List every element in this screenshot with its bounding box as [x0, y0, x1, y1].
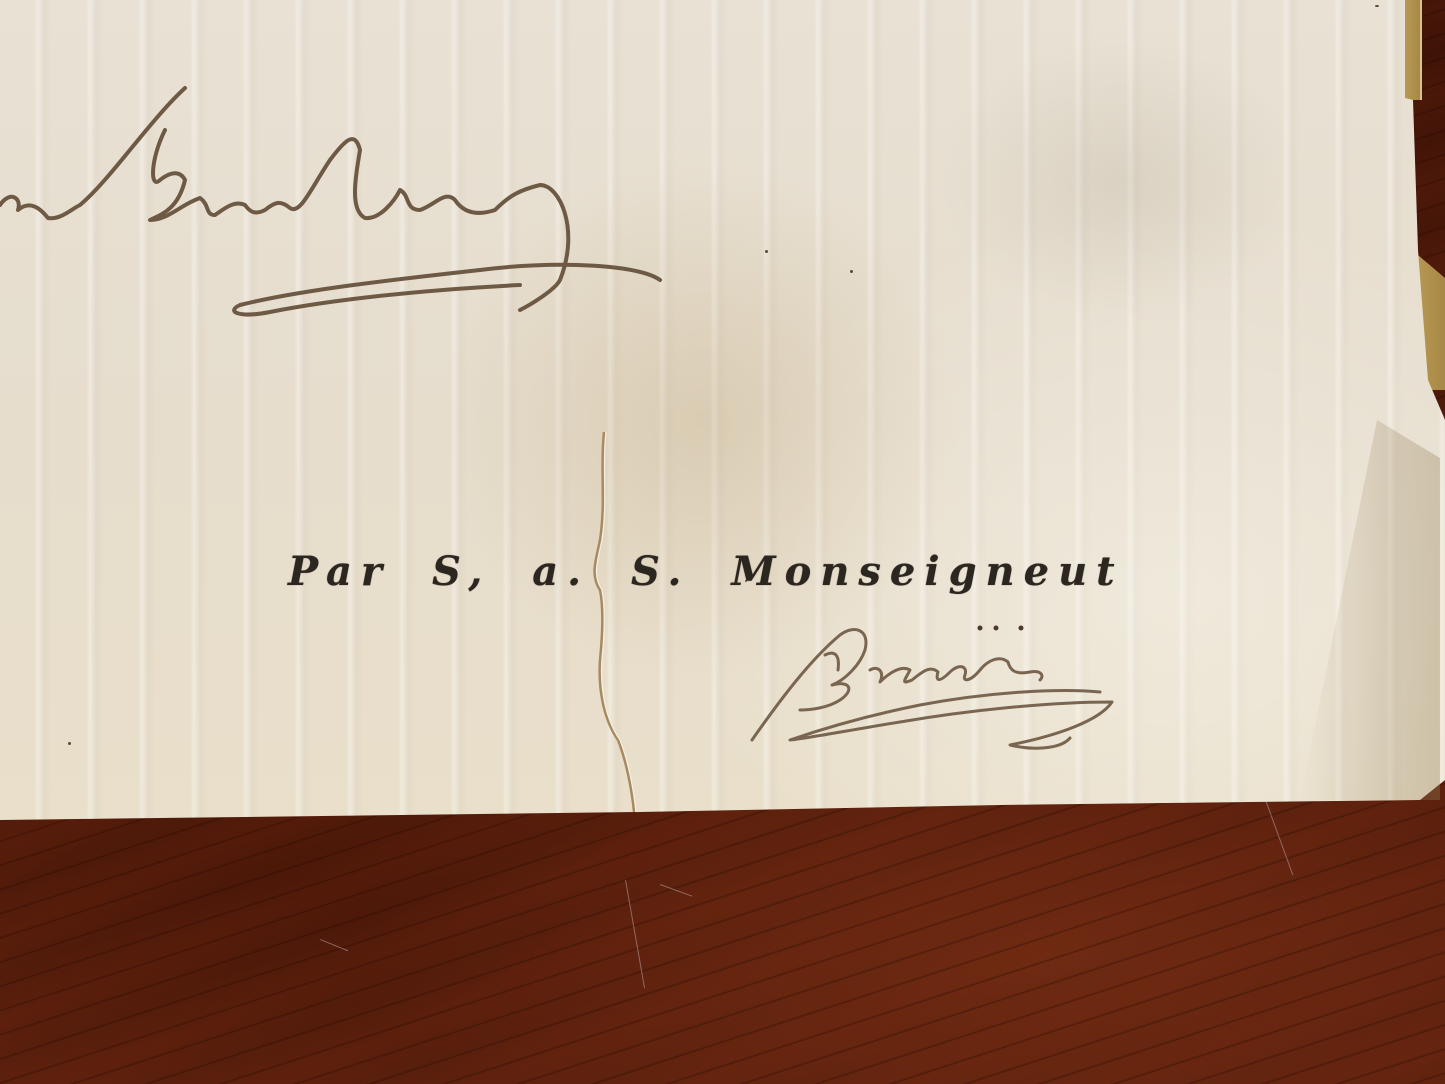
printed-attribution: Par S, a. S. Monseigneut — [288, 548, 1142, 595]
paper-speck — [68, 742, 71, 745]
printed-word: a. — [532, 548, 590, 595]
paper-speck — [745, 580, 747, 582]
printed-word: S, — [432, 548, 491, 595]
printed-word: Par — [288, 548, 391, 595]
photo-scene: Par S, a. S. Monseigneut de Bourbon Brüü… — [0, 0, 1445, 1084]
paper-speck — [1375, 5, 1379, 7]
printed-word: S. — [631, 548, 690, 595]
document-paper — [0, 0, 1445, 830]
printed-word: Monseigneut — [731, 548, 1123, 595]
paper-speck — [850, 270, 853, 273]
paper-speck — [765, 250, 768, 253]
